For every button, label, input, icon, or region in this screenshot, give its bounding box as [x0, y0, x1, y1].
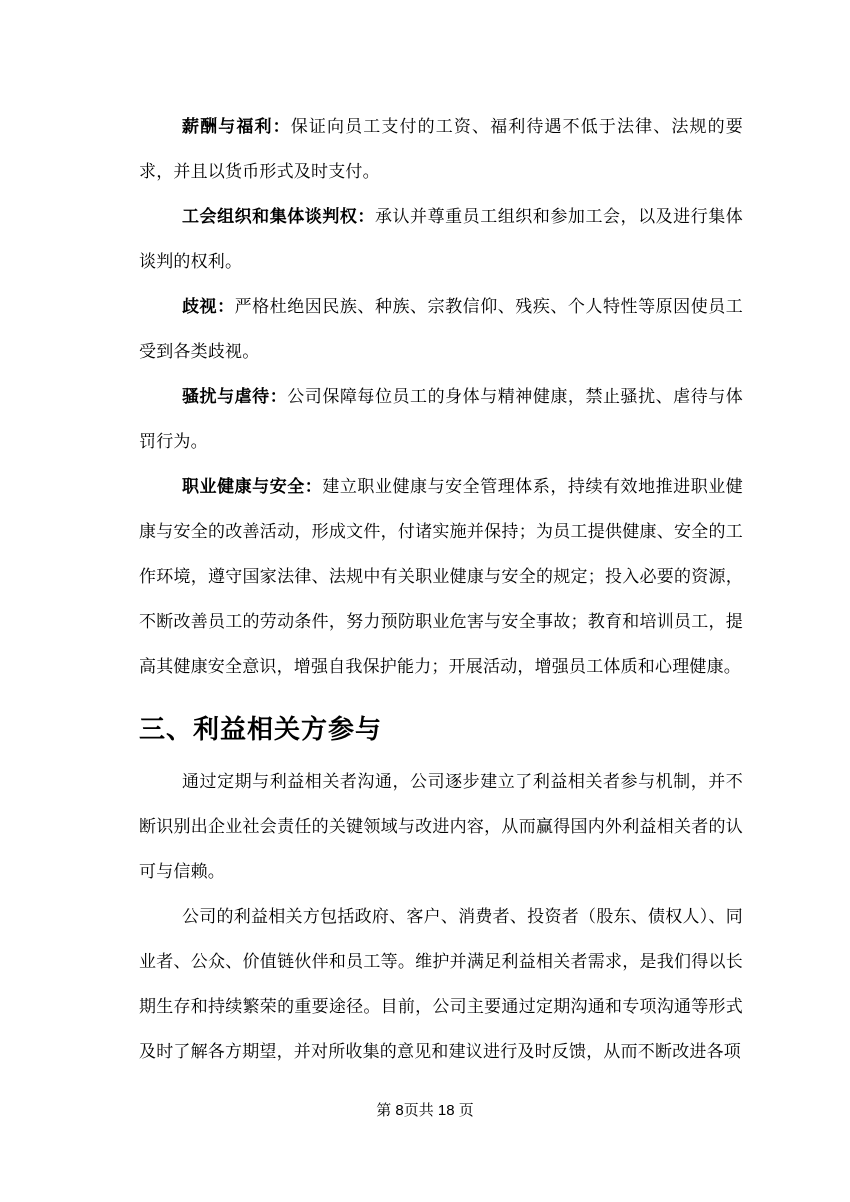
para-occupational-health-safety-text: 建立职业健康与安全管理体系，持续有效地推进职业健康与安全的改善活动，形成文件，付…	[139, 477, 743, 676]
para-union-collective-bargaining: 工会组织和集体谈判权：承认并尊重员工组织和参加工会，以及进行集体谈判的权利。	[139, 194, 743, 284]
para-discrimination-label: 歧视：	[182, 297, 235, 316]
para-occupational-health-safety-label: 职业健康与安全：	[182, 477, 322, 496]
para-union-collective-bargaining-label: 工会组织和集体谈判权：	[182, 207, 375, 226]
para-stakeholder-scope: 公司的利益相关方包括政府、客户、消费者、投资者（股东、债权人）、同业者、公众、价…	[139, 894, 743, 1074]
para-stakeholder-scope-text: 公司的利益相关方包括政府、客户、消费者、投资者（股东、债权人）、同业者、公众、价…	[139, 907, 743, 1061]
para-compensation-benefits-label: 薪酬与福利：	[182, 117, 291, 136]
page-footer: 第 8页共 18 页	[0, 1100, 850, 1122]
para-compensation-benefits: 薪酬与福利：保证向员工支付的工资、福利待遇不低于法律、法规的要求，并且以货币形式…	[139, 104, 743, 194]
para-stakeholder-mechanism-text: 通过定期与利益相关者沟通，公司逐步建立了利益相关者参与机制，并不断识别出企业社会…	[139, 772, 743, 881]
para-occupational-health-safety: 职业健康与安全：建立职业健康与安全管理体系，持续有效地推进职业健康与安全的改善活…	[139, 464, 743, 689]
document-body: 薪酬与福利：保证向员工支付的工资、福利待遇不低于法律、法规的要求，并且以货币形式…	[139, 104, 743, 1074]
para-harassment-abuse: 骚扰与虐待：公司保障每位员工的身体与精神健康，禁止骚扰、虐待与体罚行为。	[139, 374, 743, 464]
document-page: 薪酬与福利：保证向员工支付的工资、福利待遇不低于法律、法规的要求，并且以货币形式…	[0, 0, 850, 1202]
para-discrimination: 歧视：严格杜绝因民族、种族、宗教信仰、残疾、个人特性等原因使员工受到各类歧视。	[139, 284, 743, 374]
section-heading-stakeholder-engagement: 三、利益相关方参与	[139, 699, 743, 759]
para-stakeholder-mechanism: 通过定期与利益相关者沟通，公司逐步建立了利益相关者参与机制，并不断识别出企业社会…	[139, 759, 743, 894]
para-harassment-abuse-label: 骚扰与虐待：	[182, 387, 287, 406]
